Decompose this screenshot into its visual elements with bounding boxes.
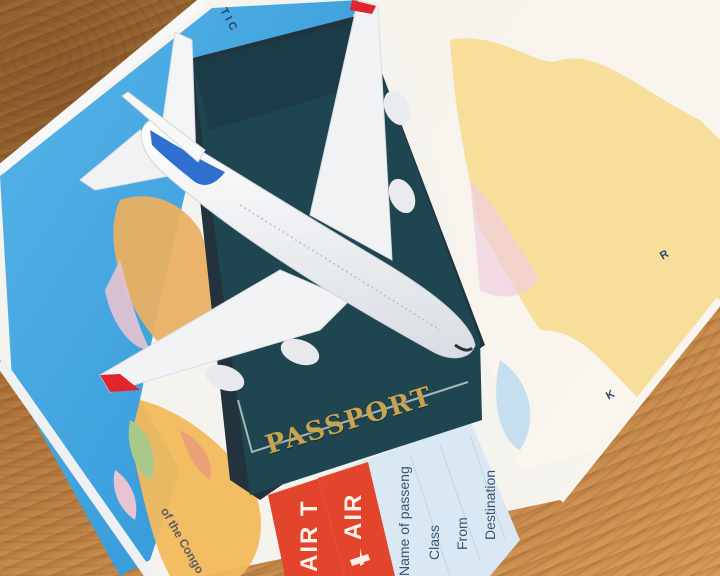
- airplane-model-icon: [0, 0, 720, 576]
- travel-photo-scene: PASSPORT AIR T AIR Name of passeng Class…: [0, 0, 720, 576]
